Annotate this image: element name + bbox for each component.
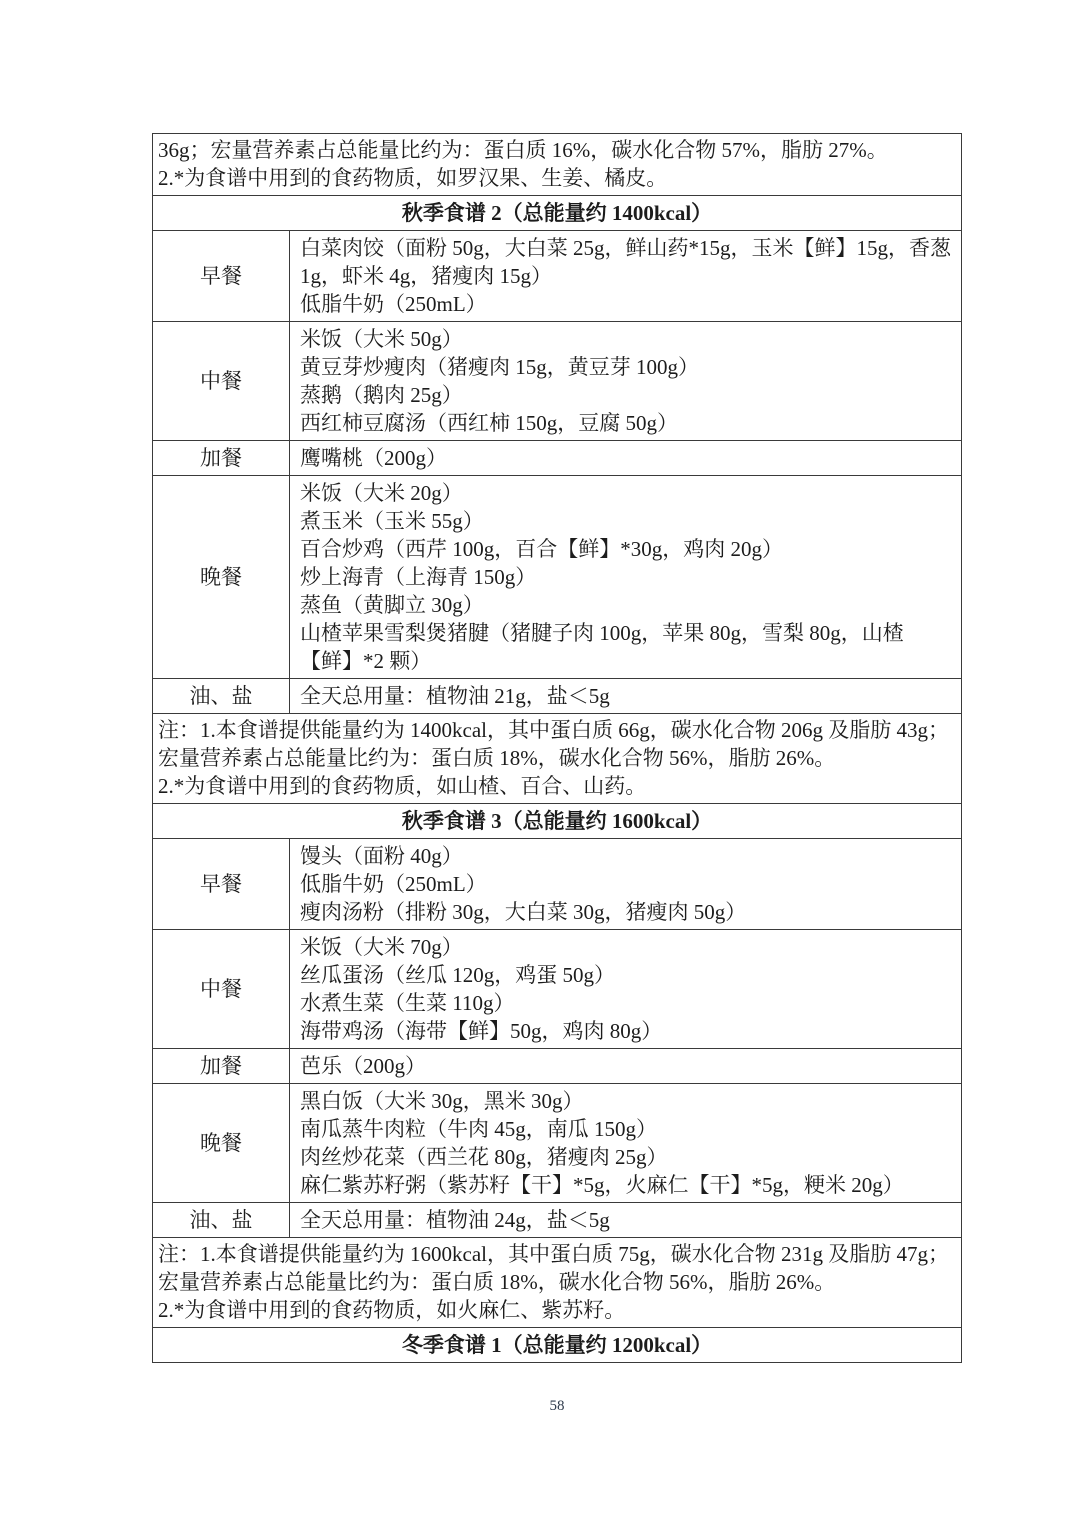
meal-content-cell: 全天总用量：植物油 24g，盐＜5g xyxy=(290,1203,962,1238)
meal-label: 中餐 xyxy=(153,322,290,441)
note-line: 2.*为食谱中用到的食药物质，如火麻仁、紫苏籽。 xyxy=(158,1296,951,1324)
menu-item: 黑白饭（大米 30g，黑米 30g） xyxy=(300,1087,953,1115)
table-row: 晚餐 米饭（大米 20g） 煮玉米（玉米 55g） 百合炒鸡（西芹 100g，百… xyxy=(153,476,962,679)
menu-item: 米饭（大米 20g） xyxy=(300,479,953,507)
menu-item: 米饭（大米 70g） xyxy=(300,933,953,961)
table-row: 加餐 鹰嘴桃（200g） xyxy=(153,441,962,476)
menu-item: 水煮生菜（生菜 110g） xyxy=(300,989,953,1017)
menu-item: 米饭（大米 50g） xyxy=(300,325,953,353)
menu-item: 黄豆芽炒瘦肉（猪瘦肉 15g，黄豆芽 100g） xyxy=(300,353,953,381)
note-line: 2.*为食谱中用到的食药物质，如山楂、百合、山药。 xyxy=(158,772,951,800)
table-row: 晚餐 黑白饭（大米 30g，黑米 30g） 南瓜蒸牛肉粒（牛肉 45g，南瓜 1… xyxy=(153,1084,962,1203)
meal-content-cell: 馒头（面粉 40g） 低脂牛奶（250mL） 瘦肉汤粉（排粉 30g，大白菜 3… xyxy=(290,839,962,930)
meal-content-cell: 黑白饭（大米 30g，黑米 30g） 南瓜蒸牛肉粒（牛肉 45g，南瓜 150g… xyxy=(290,1084,962,1203)
note-cell: 注：1.本食谱提供能量约为 1600kcal，其中蛋白质 75g，碳水化合物 2… xyxy=(153,1238,962,1328)
page-number: 58 xyxy=(152,1398,962,1415)
note-line: 2.*为食谱中用到的食药物质，如罗汉果、生姜、橘皮。 xyxy=(158,164,951,192)
menu-title: 秋季食谱 3（总能量约 1600kcal） xyxy=(153,804,962,839)
note-line: 36g；宏量营养素占总能量比约为：蛋白质 16%，碳水化合物 57%，脂肪 27… xyxy=(158,136,951,164)
menu-item: 海带鸡汤（海带【鲜】50g，鸡肉 80g） xyxy=(300,1017,953,1045)
meal-content-cell: 白菜肉饺（面粉 50g，大白菜 25g，鲜山药*15g，玉米【鲜】15g，香葱 … xyxy=(290,231,962,322)
note-line: 注：1.本食谱提供能量约为 1400kcal，其中蛋白质 66g，碳水化合物 2… xyxy=(158,716,951,772)
table-row: 秋季食谱 3（总能量约 1600kcal） xyxy=(153,804,962,839)
table-row: 加餐 芭乐（200g） xyxy=(153,1049,962,1084)
table-row: 中餐 米饭（大米 50g） 黄豆芽炒瘦肉（猪瘦肉 15g，黄豆芽 100g） 蒸… xyxy=(153,322,962,441)
meal-label: 晚餐 xyxy=(153,1084,290,1203)
meal-content-cell: 芭乐（200g） xyxy=(290,1049,962,1084)
table-row: 冬季食谱 1（总能量约 1200kcal） xyxy=(153,1328,962,1363)
menu-item: 低脂牛奶（250mL） xyxy=(300,290,953,318)
meal-label: 中餐 xyxy=(153,930,290,1049)
meal-content-cell: 鹰嘴桃（200g） xyxy=(290,441,962,476)
menu-item: 鹰嘴桃（200g） xyxy=(300,444,953,472)
meal-content-cell: 米饭（大米 50g） 黄豆芽炒瘦肉（猪瘦肉 15g，黄豆芽 100g） 蒸鹅（鹅… xyxy=(290,322,962,441)
meal-content-cell: 米饭（大米 20g） 煮玉米（玉米 55g） 百合炒鸡（西芹 100g，百合【鲜… xyxy=(290,476,962,679)
menu-item: 肉丝炒花菜（西兰花 80g，猪瘦肉 25g） xyxy=(300,1143,953,1171)
table-row: 中餐 米饭（大米 70g） 丝瓜蛋汤（丝瓜 120g，鸡蛋 50g） 水煮生菜（… xyxy=(153,930,962,1049)
menu-item: 蒸鱼（黄脚立 30g） xyxy=(300,591,953,619)
menu-item: 百合炒鸡（西芹 100g，百合【鲜】*30g，鸡肉 20g） xyxy=(300,535,953,563)
table-row: 注：1.本食谱提供能量约为 1400kcal，其中蛋白质 66g，碳水化合物 2… xyxy=(153,714,962,804)
table-row: 早餐 白菜肉饺（面粉 50g，大白菜 25g，鲜山药*15g，玉米【鲜】15g，… xyxy=(153,231,962,322)
menu-item: 低脂牛奶（250mL） xyxy=(300,870,953,898)
meal-label: 油、盐 xyxy=(153,679,290,714)
menu-item: 白菜肉饺（面粉 50g，大白菜 25g，鲜山药*15g，玉米【鲜】15g，香葱 … xyxy=(300,234,953,290)
table-row: 秋季食谱 2（总能量约 1400kcal） xyxy=(153,196,962,231)
meal-label: 加餐 xyxy=(153,441,290,476)
table-row: 注：1.本食谱提供能量约为 1600kcal，其中蛋白质 75g，碳水化合物 2… xyxy=(153,1238,962,1328)
menu-item: 蒸鹅（鹅肉 25g） xyxy=(300,381,953,409)
note-cell: 注：1.本食谱提供能量约为 1400kcal，其中蛋白质 66g，碳水化合物 2… xyxy=(153,714,962,804)
table-row: 早餐 馒头（面粉 40g） 低脂牛奶（250mL） 瘦肉汤粉（排粉 30g，大白… xyxy=(153,839,962,930)
menu-item: 丝瓜蛋汤（丝瓜 120g，鸡蛋 50g） xyxy=(300,961,953,989)
menu-title: 冬季食谱 1（总能量约 1200kcal） xyxy=(153,1328,962,1363)
meal-label: 加餐 xyxy=(153,1049,290,1084)
diet-plan-table: 36g；宏量营养素占总能量比约为：蛋白质 16%，碳水化合物 57%，脂肪 27… xyxy=(152,133,962,1363)
meal-label: 油、盐 xyxy=(153,1203,290,1238)
menu-item: 麻仁紫苏籽粥（紫苏籽【干】*5g，火麻仁【干】*5g，粳米 20g） xyxy=(300,1171,953,1199)
meal-content-cell: 米饭（大米 70g） 丝瓜蛋汤（丝瓜 120g，鸡蛋 50g） 水煮生菜（生菜 … xyxy=(290,930,962,1049)
document-page: 36g；宏量营养素占总能量比约为：蛋白质 16%，碳水化合物 57%，脂肪 27… xyxy=(0,0,1080,1527)
menu-item: 芭乐（200g） xyxy=(300,1052,953,1080)
note-line: 注：1.本食谱提供能量约为 1600kcal，其中蛋白质 75g，碳水化合物 2… xyxy=(158,1240,951,1296)
table-row: 油、盐 全天总用量：植物油 21g，盐＜5g xyxy=(153,679,962,714)
menu-item: 煮玉米（玉米 55g） xyxy=(300,507,953,535)
menu-item: 西红柿豆腐汤（西红柿 150g，豆腐 50g） xyxy=(300,409,953,437)
table-row: 36g；宏量营养素占总能量比约为：蛋白质 16%，碳水化合物 57%，脂肪 27… xyxy=(153,134,962,196)
menu-item: 瘦肉汤粉（排粉 30g，大白菜 30g，猪瘦肉 50g） xyxy=(300,898,953,926)
menu-item: 全天总用量：植物油 21g，盐＜5g xyxy=(300,682,953,710)
note-cell: 36g；宏量营养素占总能量比约为：蛋白质 16%，碳水化合物 57%，脂肪 27… xyxy=(153,134,962,196)
meal-label: 晚餐 xyxy=(153,476,290,679)
meal-label: 早餐 xyxy=(153,839,290,930)
meal-label: 早餐 xyxy=(153,231,290,322)
table-row: 油、盐 全天总用量：植物油 24g，盐＜5g xyxy=(153,1203,962,1238)
menu-item: 全天总用量：植物油 24g，盐＜5g xyxy=(300,1206,953,1234)
meal-content-cell: 全天总用量：植物油 21g，盐＜5g xyxy=(290,679,962,714)
menu-item: 山楂苹果雪梨煲猪腱（猪腱子肉 100g，苹果 80g，雪梨 80g，山楂【鲜】*… xyxy=(300,619,953,675)
menu-item: 馒头（面粉 40g） xyxy=(300,842,953,870)
menu-item: 南瓜蒸牛肉粒（牛肉 45g，南瓜 150g） xyxy=(300,1115,953,1143)
menu-item: 炒上海青（上海青 150g） xyxy=(300,563,953,591)
menu-title: 秋季食谱 2（总能量约 1400kcal） xyxy=(153,196,962,231)
